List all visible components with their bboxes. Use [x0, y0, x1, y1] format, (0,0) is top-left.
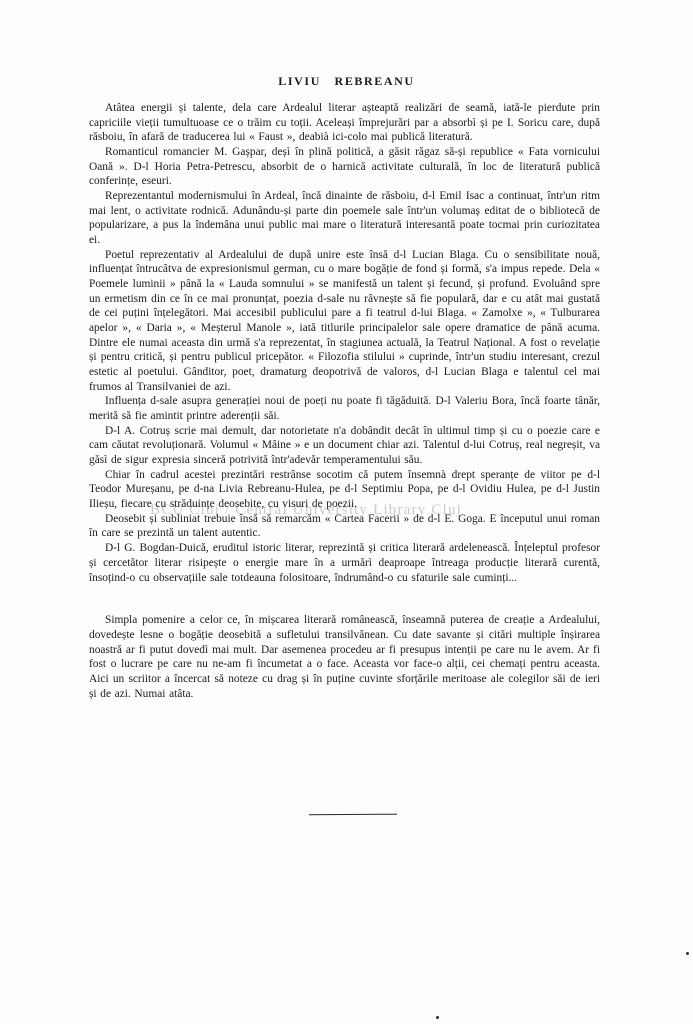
paragraph: Atâtea energii și talente, dela care Ard…	[89, 101, 600, 145]
paragraph: Poetul reprezentativ al Ardealului de du…	[89, 248, 600, 395]
scanned-book-page: LIVIU REBREANU BCU Cluj / Central Univer…	[0, 0, 693, 1024]
closing-paragraph: Simpla pomenire a celor ce, în mișcarea …	[89, 613, 600, 701]
end-divider-rule	[309, 814, 397, 816]
paragraph: Influența d-sale asupra generației noui …	[89, 394, 600, 423]
article-body: Atâtea energii și talente, dela care Ard…	[89, 101, 600, 701]
paragraph: Reprezentantul modernismului în Ardeal, …	[89, 189, 600, 248]
page-header-author: LIVIU REBREANU	[0, 74, 693, 89]
scan-speck	[436, 1016, 439, 1019]
paragraph: D-l G. Bogdan-Duică, eruditul istoric li…	[89, 541, 600, 585]
paragraph: D-l A. Cotruș scrie mai demult, dar noto…	[89, 424, 600, 468]
paragraph: Deosebit și subliniat trebuie însă să re…	[89, 512, 600, 541]
paragraph: Chiar în cadrul acestei prezintări restr…	[89, 468, 600, 512]
scan-speck	[686, 952, 689, 955]
paragraph: Romanticul romancier M. Gașpar, deșì în …	[89, 145, 600, 189]
